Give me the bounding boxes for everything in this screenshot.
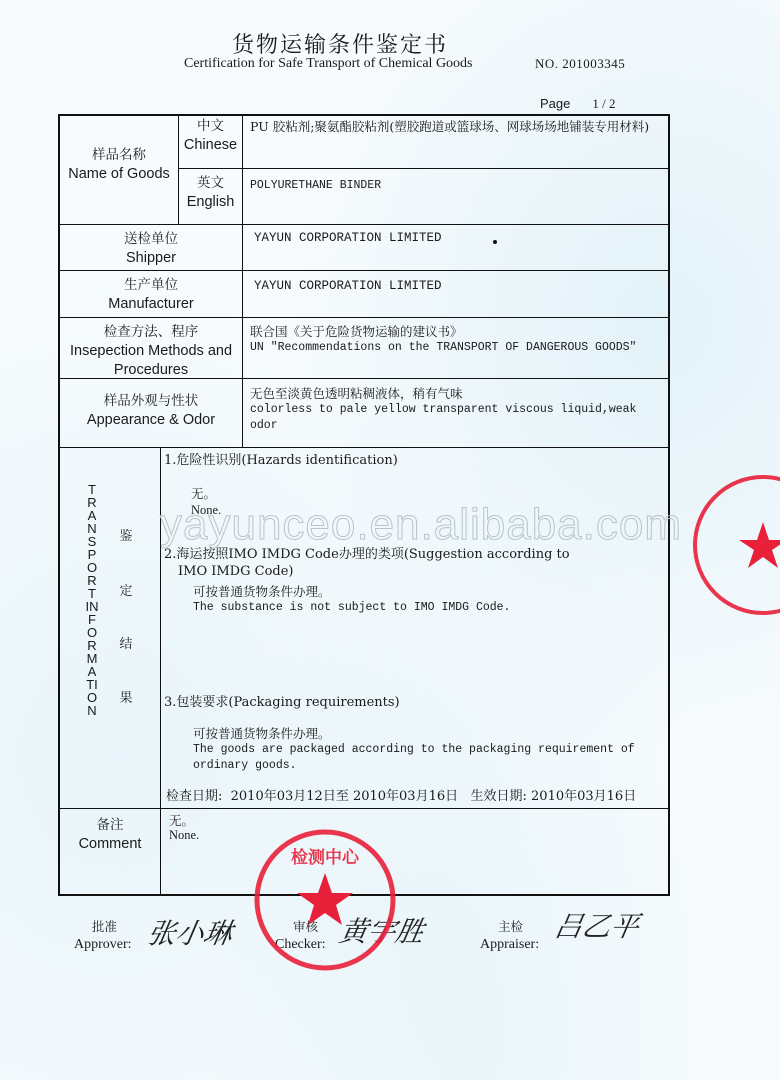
manufacturer-value: YAYUN CORPORATION LIMITED <box>254 278 442 294</box>
document-title-cn: 货物运输条件鉴定书 <box>130 28 550 59</box>
checker-label: 审核 Checker: <box>275 918 326 954</box>
name-of-goods-label: 样品名称 Name of Goods <box>60 146 178 184</box>
chinese-label: 中文 Chinese <box>179 117 242 155</box>
result-label-char: 结 <box>118 633 134 652</box>
page-value: 1 / 2 <box>592 96 615 111</box>
manufacturer-label: 生产单位 Manufacturer <box>60 276 242 314</box>
result-label-char: 鉴 <box>118 525 134 544</box>
packaging-section: 3.包装要求(Packaging requirements) <box>164 694 400 711</box>
shipper-label: 送检单位 Shipper <box>60 230 242 268</box>
transport-information-label: TRANSPORT INFORMATION <box>85 483 99 717</box>
hazards-body: 无。 None. <box>191 485 221 519</box>
divider <box>58 270 670 271</box>
packaging-heading: 3.包装要求(Packaging requirements) <box>164 694 400 711</box>
page-label: Page <box>540 96 570 111</box>
result-label-char: 果 <box>118 687 134 706</box>
divider <box>58 317 670 318</box>
approver-label: 批准 Approver: <box>74 918 132 954</box>
divider <box>242 114 243 447</box>
document-title-en: Certification for Safe Transport of Chem… <box>184 56 473 72</box>
divider <box>160 447 161 896</box>
english-label: 英文 English <box>179 174 242 212</box>
divider <box>178 168 670 169</box>
goods-name-english-value: POLYURETHANE BINDER <box>250 178 381 194</box>
comment-value: 无。 None. <box>169 812 199 841</box>
imdg-body: 可按普通货物条件办理。 The substance is not subject… <box>193 583 510 616</box>
inspection-methods-label: 检查方法、程序 Insepection Methods and Procedur… <box>60 323 242 380</box>
shipper-value: YAYUN CORPORATION LIMITED <box>254 230 442 246</box>
appearance-label: 样品外观与性状 Appearance & Odor <box>60 392 242 430</box>
scan-speck <box>493 240 497 244</box>
packaging-body: 可按普通货物条件办理。 The goods are packaged accor… <box>193 725 653 774</box>
side-seal-stamp <box>683 470 780 620</box>
certificate-number: NO. 201003345 <box>535 56 625 72</box>
appearance-value: 无色至淡黄色透明粘稠液体，稍有气味 colorless to pale yell… <box>250 385 662 434</box>
inspection-dates: 检查日期: 2010年03月12日至 2010年03月16日 生效日期: 201… <box>166 788 636 805</box>
divider <box>58 808 670 809</box>
star-icon <box>739 522 780 568</box>
approver-signature: 张小琳 <box>144 912 235 952</box>
inspection-methods-value: 联合国《关于危险货物运输的建议书》 UN "Recommendations on… <box>250 323 666 356</box>
divider <box>58 447 670 448</box>
checker-signature: 黄宇胜 <box>336 910 427 950</box>
hazards-heading: 1.危险性识别(Hazards identification) <box>164 452 398 469</box>
appraiser-label: 主检 Appraiser: <box>480 918 539 954</box>
goods-name-chinese-value: PU 胶粘剂;聚氨酯胶粘剂(塑胶跑道或篮球场、网球场场地铺装专用材料) <box>250 118 662 135</box>
divider <box>58 224 670 225</box>
page-indicator: Page1 / 2 <box>540 96 616 112</box>
comment-label: 备注 Comment <box>60 816 160 854</box>
result-label-char: 定 <box>118 580 134 599</box>
hazards-section: 1.危险性识别(Hazards identification) <box>164 452 398 469</box>
appraiser-signature: 吕乙平 <box>551 905 642 945</box>
imdg-heading: 2.海运按照IMO IMDG Code办理的类项(Suggestion acco… <box>164 546 570 563</box>
imdg-section: 2.海运按照IMO IMDG Code办理的类项(Suggestion acco… <box>164 546 570 580</box>
